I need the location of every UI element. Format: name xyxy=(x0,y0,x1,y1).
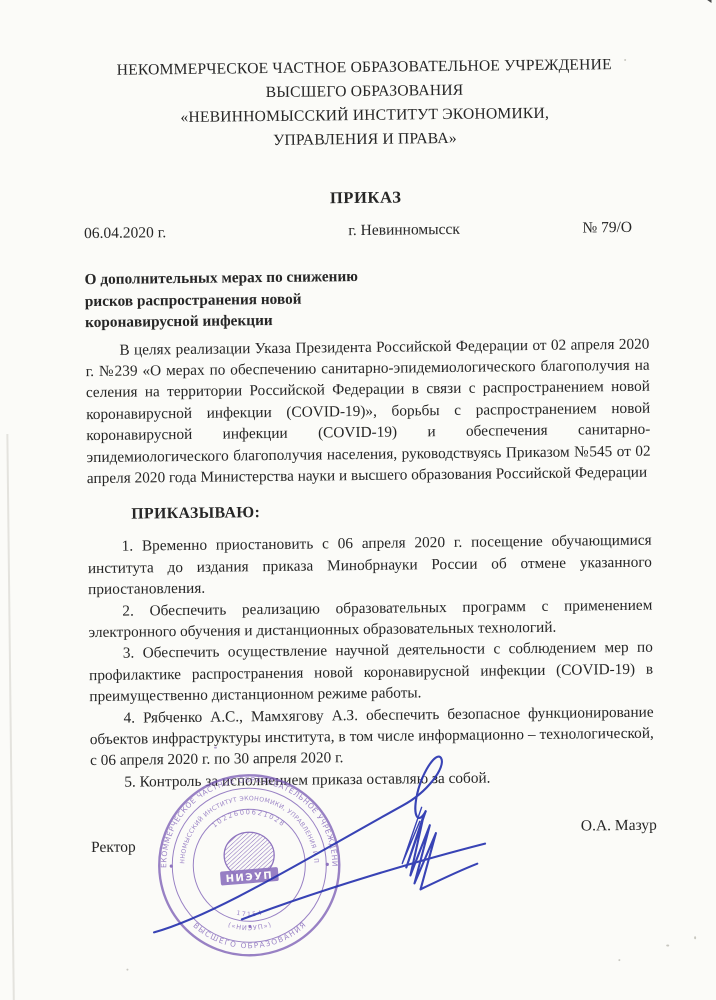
order-city: г. Невинномысск xyxy=(348,221,460,240)
order-subject: О дополнительных мерах по снижению риско… xyxy=(84,263,649,334)
signature-stroke-icon xyxy=(122,736,535,967)
scan-speck xyxy=(666,945,669,947)
order-number: № 79/О xyxy=(582,219,632,238)
order-meta-row: 06.04.2020 г. г. Невинномысск № 79/О xyxy=(84,219,648,243)
decree-word: ПРИКАЗЫВАЮ: xyxy=(131,500,651,524)
stamp-smudge xyxy=(214,747,217,749)
order-item-3: 3. Обеспечить осуществление научной деят… xyxy=(89,637,654,708)
scan-speck xyxy=(694,936,696,939)
scan-speck xyxy=(618,959,620,961)
order-item-2: 2. Обеспечить реализацию образовательных… xyxy=(88,594,652,643)
signer-name: О.А. Мазур xyxy=(581,817,657,836)
scan-speck xyxy=(624,59,626,61)
scanned-order: НЕКОММЕРЧЕСКОЕ ЧАСТНОЕ ОБРАЗОВАТЕЛЬНОЕ У… xyxy=(0,0,716,1000)
org-name-line: УПРАВЛЕНИЯ И ПРАВА» xyxy=(83,125,647,155)
organization-name: НЕКОММЕРЧЕСКОЕ ЧАСТНОЕ ОБРАЗОВАТЕЛЬНОЕ У… xyxy=(82,53,647,155)
document-page: НЕКОММЕРЧЕСКОЕ ЧАСТНОЕ ОБРАЗОВАТЕЛЬНОЕ У… xyxy=(0,0,716,1000)
order-date: 06.04.2020 г. xyxy=(84,224,166,243)
scan-speck xyxy=(126,969,128,971)
order-preamble: В целях реализации Указа Президента Росс… xyxy=(85,333,651,489)
order-item-1: 1. Временно приостановить с 06 апреля 20… xyxy=(88,530,653,601)
signature-ink xyxy=(122,736,535,967)
document-title: ПРИКАЗ xyxy=(84,185,648,211)
